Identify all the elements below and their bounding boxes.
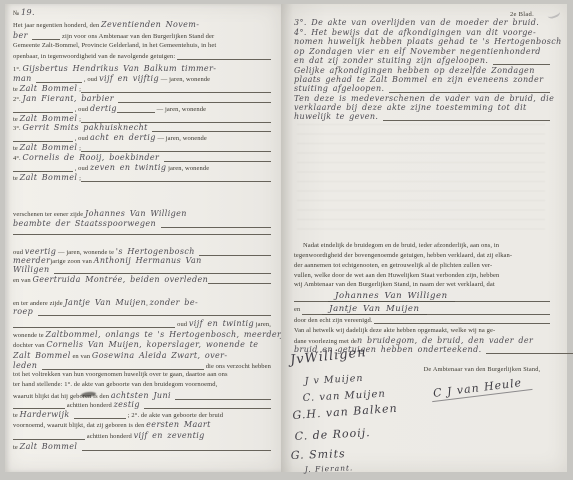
handwritten-text: Cornelis Van Muijen, koperslager, wonend… (46, 340, 258, 349)
printed-text: openbaar, in tegenwoordigheid van de nav… (13, 53, 177, 60)
printed-text: № (13, 10, 21, 17)
handwritten-text: Willigen (13, 265, 54, 274)
printed-text: der aannemen tot echtgenooten, en getrou… (294, 262, 492, 269)
ruled-line (117, 110, 155, 113)
document-line: oud vijf en twintig jaren, (13, 319, 271, 328)
ruled-line (302, 312, 322, 315)
document-line: 4°. Het bewijs dat de afkondigingen van … (294, 28, 550, 37)
handwritten-text: beambte der Staatsspoorwegen (13, 219, 161, 228)
handwritten-text: Zaltbommel, onlangs te 's Hertogenbosch,… (46, 330, 308, 339)
printed-text: en (294, 306, 302, 313)
printed-text: te (13, 444, 20, 451)
document-line: te Harderwijk ; 2°. de akte van geboorte… (13, 410, 271, 419)
document-line: beambte der Staatsspoorwegen (13, 219, 271, 228)
document-line: dochter van Cornelis Van Muijen, kopersl… (13, 340, 271, 349)
document-line: 1°. Gijsbertus Hendrikus Van Balkum timm… (13, 64, 271, 73)
document-line: en Jantje Van Muijen (294, 304, 550, 315)
ruled-line (486, 351, 573, 354)
handwritten-text: veertig (25, 247, 57, 256)
handwritten-text: vijf en vijftig (99, 74, 159, 83)
printed-text: te (13, 145, 20, 152)
printed-text: 2°. (13, 96, 23, 103)
document-line: , oud dertig — jaren, wonende (13, 104, 271, 113)
document-line: , oud acht en dertig — jaren, wonende (13, 133, 271, 142)
document-line: meerderjarige zoon van Anthonij Hermanus… (13, 256, 271, 265)
ruled-line (13, 406, 65, 409)
handwritten-text: dertig (90, 104, 117, 113)
handwritten-text: Johannes Van Willigen (328, 291, 455, 302)
printed-text: en ter andere zijde (13, 300, 64, 307)
spacer (294, 247, 303, 249)
handwritten-text: 19. (21, 8, 35, 17)
printed-text: Het jaar negentien honderd, den (13, 22, 101, 29)
printed-text: ter hand stellende: 1°. de akte van gebo… (13, 381, 217, 388)
ruled-line (13, 232, 271, 235)
handwritten-text: vijf en zeventig (134, 431, 205, 440)
handwritten-text: roep (13, 307, 38, 316)
handwritten-text: Anthonij Hermanus Van (94, 256, 202, 265)
document-line: achttien honderd zestig (13, 400, 271, 409)
printed-text: tot het voltrekken van hun voorgenomen h… (13, 371, 228, 378)
ruled-line (13, 437, 85, 440)
handwritten-text: stuiting afgeloopen. (294, 84, 389, 93)
printed-text: te (13, 175, 20, 182)
handwritten-text: n bruidegom, de bruid, den vader der (357, 336, 533, 345)
document-line: der aannemen tot echtgenooten, en getrou… (294, 262, 550, 269)
ruled-line (144, 406, 271, 409)
handwritten-text: Zalt Bommel (20, 173, 78, 182)
handwritten-text: Zalt Bommel (20, 114, 78, 123)
document-line: ter hand stellende: 1°. de akte van gebo… (13, 381, 271, 388)
document-line: en ter andere zijde Jantje Van Muijen, z… (13, 298, 271, 307)
document-line: waaruit blijkt dat hij geboren is den ac… (13, 391, 271, 400)
document-line: Van al hetwelk wij dadelijk deze akte he… (294, 327, 550, 334)
document-line: te Zalt Bommel ; (13, 143, 271, 152)
document-line: dane voorlezing met den bruidegom, de br… (294, 336, 550, 345)
signature: J. Fierant. (305, 463, 354, 474)
printed-text: jarige zoon van (50, 258, 93, 265)
document-line: Willigen (13, 265, 271, 274)
handwritten-text: plaats gehad te Zalt Bommel en zijn even… (294, 75, 543, 84)
printed-text: jaren, (254, 321, 271, 328)
handwritten-text: Zalt Bommel (20, 143, 78, 152)
printed-text: dane voorlezing met de (294, 338, 357, 345)
ruled-line (118, 100, 271, 103)
document-line: verklaarde bij deze akte zijne toestemmi… (294, 103, 550, 112)
handwritten-text: verklaarde bij deze akte zijne toestemmi… (294, 103, 527, 112)
printed-text: 1°. (13, 66, 23, 73)
printed-text: zijn voor ons Ambtenaar van den Burgerli… (60, 33, 214, 40)
document-line: Gemeente Zalt-Bommel, Provincie Gelderla… (13, 42, 271, 49)
document-line: op Zondagen vier en elf November negenti… (294, 47, 550, 56)
document-scan: № 19.Het jaar negentien honderd, den Zev… (0, 0, 573, 480)
handwritten-text: Ten deze is medeverschenen de vader van … (294, 94, 554, 103)
ruled-line (42, 367, 204, 370)
handwritten-text: Zalt Bommel (13, 351, 71, 360)
document-line: te Zalt Bommel ; (13, 84, 271, 93)
handwritten-text: zestig (114, 400, 145, 409)
handwritten-text: nomen huwelijk hebben plaats gehad te 's… (294, 37, 562, 46)
ruled-line (164, 159, 271, 162)
document-line: te Zalt Bommel ; (13, 173, 271, 182)
handwritten-text: Johannes Van Willigen (85, 209, 187, 218)
document-line: Nadat eindelijk de bruidegom en de bruid… (294, 242, 550, 249)
handwritten-text: Jantje Van Muijen (64, 298, 146, 307)
printed-text: dochter van (13, 342, 46, 349)
handwritten-text: Gosewina Aleida Zwart, over- (92, 351, 228, 360)
document-line: en van Geertruida Montrée, beiden overle… (13, 275, 271, 284)
document-line: , oud zeven en twintig jaren, wonende (13, 163, 271, 172)
printed-text: ; 2°. de akte van geboorte der bruid (126, 412, 223, 419)
document-line: Johannes Van Willigen (294, 291, 550, 302)
ruled-line (81, 149, 271, 152)
printed-text: voornoemd, waaruit blijkt, dat zij gebor… (13, 422, 146, 429)
ruled-line (455, 299, 550, 302)
handwritten-text: Gelijke afkondigingen hebben op dezelfde… (294, 66, 535, 75)
document-line: wonende te Zaltbommel, onlangs te 's Her… (13, 330, 271, 339)
printed-text: achttien honderd (65, 402, 114, 409)
printed-text: te (13, 116, 20, 123)
ruled-line (82, 448, 271, 451)
document-line: plaats gehad te Zalt Bommel en zijn even… (294, 75, 550, 84)
document-line: tot het voltrekken van hun voorgenomen h… (13, 371, 271, 378)
handwritten-text: Jan Fierant, barbier (23, 94, 119, 103)
printed-text: wij Ambtenaar van den Burgerlijken Stand… (294, 281, 495, 288)
document-line: voornoemd, waaruit blijkt, dat zij gebor… (13, 420, 271, 429)
handwritten-text: vijf en twintig (189, 319, 254, 328)
registrar-block: De Ambtenaar van den Burgerlijken Stand,… (403, 366, 561, 396)
document-line: Zalt Bommel en van Gosewina Aleida Zwart… (13, 351, 271, 360)
document-line: nomen huwelijk hebben plaats gehad te 's… (294, 37, 550, 46)
printed-text: verschenen ter eener zijde (13, 211, 85, 218)
ruled-line (13, 110, 73, 113)
printed-text: wonende te (13, 332, 46, 339)
left-page: № 19.Het jaar negentien honderd, den Zev… (5, 4, 281, 472)
printed-text: oud (13, 249, 25, 256)
handwritten-text: Gijsbertus Hendrikus Van Balkum timmer- (23, 64, 217, 73)
document-line: Ten deze is medeverschenen de vader van … (294, 94, 550, 103)
ruled-line (493, 62, 550, 65)
printed-text: tegenwoordigheid der bovengenoemde getui… (294, 252, 512, 259)
handwritten-text: 's Hertogenbosch (116, 247, 199, 256)
handwritten-text: Harderwijk (20, 410, 74, 419)
printed-text: , oud (73, 135, 90, 142)
handwritten-text: ber (13, 31, 32, 40)
document-line: 4°. Cornelis de Rooij, boekbinder (13, 153, 271, 162)
handwritten-text: Zeventienden Novem- (101, 20, 199, 29)
printed-text: Van al hetwelk wij dadelijk deze akte he… (294, 327, 495, 334)
ruled-line (383, 118, 550, 121)
ruled-line (13, 325, 175, 328)
document-line: wij Ambtenaar van den Burgerlijken Stand… (294, 281, 550, 288)
printed-text: en van (13, 277, 32, 284)
ruled-line (427, 312, 550, 315)
ruled-line (13, 169, 73, 172)
printed-text: — jaren, wonende (159, 76, 210, 83)
document-line: stuiting afgeloopen. (294, 84, 550, 93)
handwritten-text: en dat zij zonder stuiting zijn afgeloop… (294, 56, 493, 65)
printed-text: , oud (73, 165, 90, 172)
handwritten-text: eersten Maart (146, 420, 211, 429)
document-line: 3°. Gerrit Smits pakhuisknecht (13, 123, 271, 132)
handwritten-text: Geertruida Montrée, beiden overleden (32, 275, 208, 284)
handwritten-text: op Zondagen vier en elf November negenti… (294, 47, 541, 56)
ruled-line (81, 179, 271, 182)
document-line: leden die ons verzocht hebben (13, 361, 271, 370)
printed-text: vullen, welke door de wet aan den Huweli… (294, 272, 499, 279)
document-line: roep (13, 307, 271, 316)
printed-text: Gemeente Zalt-Bommel, Provincie Gelderla… (13, 42, 216, 49)
ruled-line (74, 416, 126, 419)
handwritten-text: acht en dertig (90, 133, 156, 142)
ruled-line (152, 129, 271, 132)
handwritten-text: Jantje Van Muijen (322, 304, 427, 315)
ruled-line (54, 271, 271, 274)
ruled-line (13, 139, 73, 142)
document-line: № 19. (13, 8, 271, 17)
handwritten-text: Gerrit Smits pakhuisknecht (23, 123, 153, 132)
handwritten-text: zonder be- (150, 298, 198, 307)
document-line: Gelijke afkondigingen hebben op dezelfde… (294, 66, 550, 75)
document-line: openbaar, in tegenwoordigheid van de nav… (13, 53, 271, 60)
document-line: achttien honderd vijf en zeventig (13, 431, 271, 440)
printed-text: en van (71, 353, 92, 360)
printed-text: 4°. (13, 155, 23, 162)
handwritten-text: leden (13, 361, 42, 370)
handwritten-text: meerder (13, 256, 50, 265)
printed-text: te (13, 412, 20, 419)
handwritten-text: 4°. Het bewijs dat de afkondigingen van … (294, 28, 536, 37)
document-line: vullen, welke door de wet aan den Huweli… (294, 272, 550, 279)
document-line: Het jaar negentien honderd, den Zeventie… (13, 20, 271, 29)
printed-text: Nadat eindelijk de bruidegom en de bruid… (303, 242, 499, 249)
handwritten-text: zeven en twintig (90, 163, 166, 172)
ruled-line (81, 90, 271, 93)
registrar-title: De Ambtenaar van den Burgerlijken Stand, (403, 366, 561, 373)
document-line: en dat zij zonder stuiting zijn afgeloop… (294, 56, 550, 65)
ruled-line (177, 57, 271, 60)
document-line: huwelijk te geven. (294, 112, 550, 121)
document-line: oud veertig — jaren, wonende te 's Herto… (13, 247, 271, 256)
ruled-line (389, 90, 550, 93)
document-line: door den echt zijn vereenigd. (294, 317, 550, 324)
printed-text: , oud (82, 76, 99, 83)
left-page-lines: № 19.Het jaar negentien honderd, den Zev… (5, 4, 281, 472)
ruled-line (208, 281, 271, 284)
document-line: 3°. De akte van overlijden van de moeder… (294, 18, 550, 27)
printed-text: — jaren, wonende te (56, 249, 116, 256)
printed-text: 3°. (13, 125, 23, 132)
handwritten-text: Zalt Bommel (20, 442, 82, 451)
ruled-line (294, 299, 328, 302)
handwritten-text: achtsten Juni (111, 391, 176, 400)
document-line: verschenen ter eener zijde Johannes Van … (13, 209, 271, 218)
handwritten-text: huwelijk te geven. (294, 112, 383, 121)
ruled-line (32, 37, 60, 40)
printed-text: waaruit blijkt dat hij geboren is den (13, 393, 111, 400)
printed-text: achttien honderd (85, 433, 134, 440)
printed-text: — jaren, wonende (156, 135, 207, 142)
printed-text: die ons verzocht hebben (204, 363, 271, 370)
handwritten-text: man (13, 74, 36, 83)
document-line: te Zalt Bommel (13, 442, 271, 451)
printed-text: — jaren, wonende (155, 106, 206, 113)
ruled-line (161, 225, 271, 228)
document-line: tegenwoordigheid der bovengenoemde getui… (294, 252, 550, 259)
handwritten-text: Zalt Bommel (20, 84, 78, 93)
ruled-line (38, 313, 271, 316)
document-line: 2°. Jan Fierant, barbier (13, 94, 271, 103)
right-page: 2e Blad. 3°. De akte van overlijden van … (281, 4, 567, 472)
document-line: man , oud vijf en vijftig — jaren, wonen… (13, 74, 271, 83)
handwritten-text: Cornelis de Rooij, boekbinder (23, 153, 164, 162)
printed-text: jaren, wonende (166, 165, 209, 172)
handwritten-text: 3°. De akte van overlijden van de moeder… (294, 18, 539, 27)
printed-text: te (13, 86, 20, 93)
document-line: ber zijn voor ons Ambtenaar van den Burg… (13, 31, 271, 40)
signature: G. Smits (291, 447, 346, 462)
ruled-line (36, 80, 82, 83)
printed-text: door den echt zijn vereenigd. (294, 317, 374, 324)
document-line (13, 232, 271, 235)
printed-text: oud (175, 321, 189, 328)
document-line: te Zalt Bommel ; (13, 114, 271, 123)
printed-text: , oud (73, 106, 90, 113)
ruled-line (374, 321, 550, 324)
